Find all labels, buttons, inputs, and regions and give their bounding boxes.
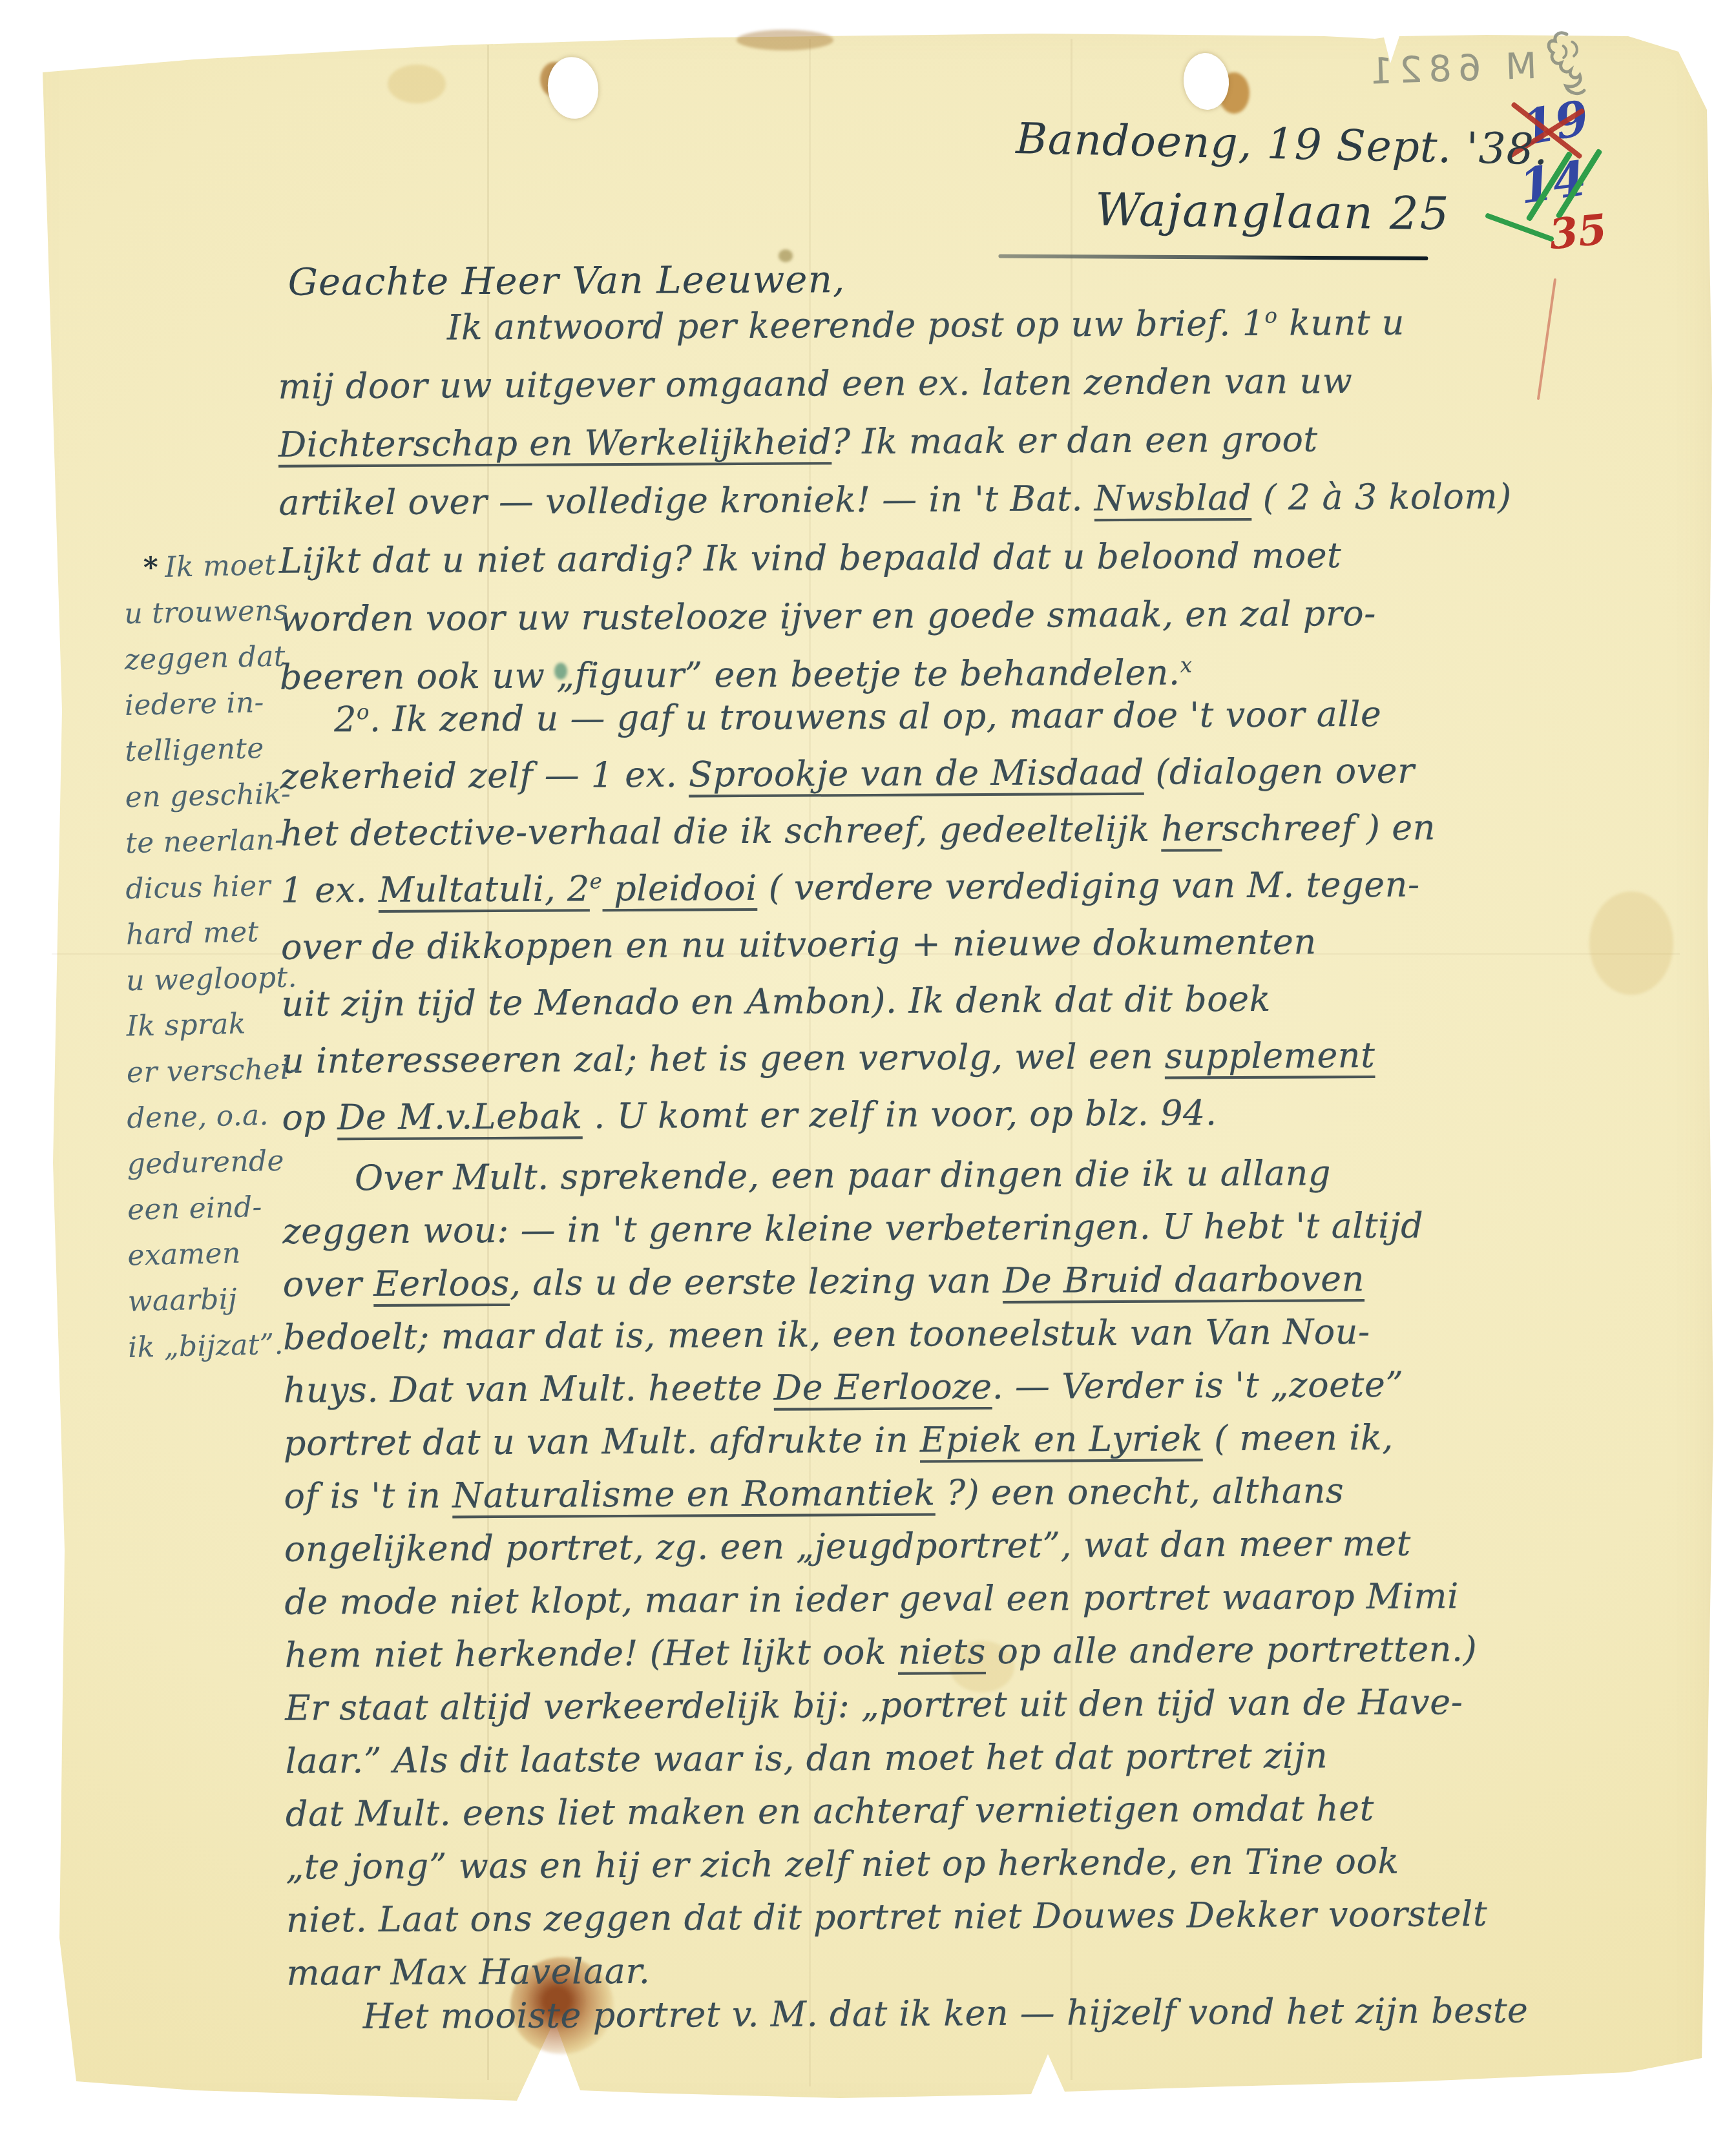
salutation: Geachte Heer Van Leeuwen, — [288, 257, 845, 304]
letter-line: Over Mult. sprekende, een paar dingen di… — [355, 1152, 1331, 1198]
letter-line: Het mooiste portret v. M. dat ik ken — h… — [362, 1990, 1528, 2037]
scanned-letter-page: { "stamp": { "text": "M 6821" }, "correc… — [0, 0, 1736, 2142]
letter-line: Lijkt dat u niet aardig? Ik vind bepaald… — [279, 535, 1342, 581]
letter-line: artikel over — volledige kroniek! — in '… — [278, 476, 1512, 523]
margin-note-line: u trouwens — [124, 594, 289, 630]
margin-note-line: Ik sprak — [126, 1007, 246, 1043]
letter-line: huys. Dat van Mult. heette De Eerlooze. … — [283, 1364, 1403, 1411]
letter-line: het detective-verhaal die ik schreef, ge… — [280, 807, 1436, 853]
underlined-title: De Bruid daarboven — [1003, 1258, 1365, 1301]
underlined-title: Nwsblad — [1094, 477, 1252, 519]
margin-note-line: zeggen dat — [124, 640, 286, 677]
letter-line: Er staat altijd verkeerdelijk bij: „port… — [285, 1681, 1463, 1729]
margin-note-line: waarbij — [127, 1283, 237, 1318]
underlined-title: supplement — [1165, 1035, 1375, 1077]
margin-note-line: u wegloopt. — [126, 961, 297, 997]
margin-note-line: ik „bijzat”. — [128, 1328, 284, 1364]
margin-note-line: hard met — [125, 915, 259, 951]
letter-line: dat Mult. eens liet maken en achteraf ve… — [286, 1788, 1374, 1835]
letter-line: niet. Laat ons zeggen dat dit portret ni… — [286, 1893, 1487, 1940]
margin-note-line: een eind- — [127, 1191, 263, 1227]
margin-note-line: te neerlan- — [125, 824, 285, 860]
letter-line: over Eerloos, als u de eerste lezing van… — [283, 1258, 1365, 1305]
underlined-title: De M.v.Lebak — [337, 1096, 583, 1138]
underlined-title: niets — [898, 1631, 986, 1672]
address-underline — [998, 254, 1428, 260]
letter-line: zekerheid zelf — 1 ex. Sprookje van de M… — [280, 751, 1414, 797]
place-date: Bandoeng, 19 Sept. '38. — [1016, 114, 1549, 174]
letter-line: maar Max Havelaar. — [286, 1951, 650, 1993]
address-line: Wajanglaan 25 — [1095, 183, 1450, 240]
letter-line: of is 't in Naturalisme en Romantiek ?) … — [284, 1470, 1344, 1517]
letter-line: 2o. Ik zend u — gaf u trouwens al op, ma… — [334, 694, 1381, 740]
letter-line: mij door uw uitgever omgaand een ex. lat… — [278, 360, 1352, 407]
letter-line: uit zijn tijd te Menado en Ambon). Ik de… — [281, 979, 1271, 1024]
letter-line: op De M.v.Lebak . U komt er zelf in voor… — [282, 1092, 1217, 1138]
margin-note-line: en geschik- — [125, 777, 291, 814]
letter-line: beeren ook uw „figuur” een beetje te beh… — [280, 652, 1193, 697]
letter-line: Dichterschap en Werkelijkheid? Ik maak e… — [278, 419, 1318, 464]
letter-body: Ik antwoord per keerende post op uw brie… — [0, 0, 1730, 5]
margin-note-line: gedurende — [127, 1145, 284, 1181]
letter-line: over de dikkoppen en nu uitvoerig + nieu… — [281, 921, 1317, 967]
underlined-title: Multatuli, 2 — [379, 868, 590, 910]
margin-note-line: iedere in- — [124, 686, 264, 722]
letter-line: Ik antwoord per keerende post op uw brie… — [447, 302, 1405, 348]
margin-note-line: dicus hier — [125, 869, 271, 906]
underlined-title: Dichterschap en Werkelijkheid — [278, 421, 832, 464]
handwriting-layer: Bandoeng, 19 Sept. '38. Wajanglaan 25 Ge… — [0, 0, 1736, 2142]
margin-note-line: er verschei- — [126, 1052, 299, 1089]
margin-note-line: examen — [127, 1237, 241, 1273]
underlined-title: De Eerlooze — [774, 1366, 992, 1408]
letter-line: 1 ex. Multatuli, 2e pleidooi ( verdere v… — [280, 864, 1419, 911]
footnote-asterisk: * — [143, 551, 158, 585]
letter-line: bedoelt; maar dat is, meen ik, een toone… — [283, 1311, 1370, 1358]
underlined-title: Naturalisme en Romantiek — [452, 1472, 936, 1515]
letter-line: „te jong” was en hij er zich zelf niet o… — [286, 1841, 1399, 1887]
margin-note-line: *Ik moet — [143, 548, 276, 585]
letter-line: de mode niet klopt, maar in ieder geval … — [284, 1575, 1459, 1623]
letter-line: laar.” Als dit laatste waar is, dan moet… — [285, 1735, 1328, 1781]
underlined-title: Sprookje van de Misdaad — [689, 752, 1144, 795]
underlined-title: pleidooi — [602, 868, 757, 909]
letter-line: u interesseeren zal; het is geen vervolg… — [282, 1035, 1375, 1081]
letter-line: zeggen wou: — in 't genre kleine verbete… — [282, 1205, 1423, 1252]
letter-line: portret dat u van Mult. afdrukte in Epie… — [284, 1417, 1394, 1464]
margin-note-line: telligente — [125, 732, 264, 768]
margin-note: *Ik moetu trouwenszeggen datiedere in-te… — [0, 0, 1730, 5]
letter-line: worden voor uw rustelooze ijver en goede… — [279, 593, 1376, 639]
underlined-title: her — [1161, 808, 1222, 849]
underlined-title: Epiek en Lyriek — [920, 1418, 1203, 1460]
margin-note-line: dene, o.a. — [127, 1099, 269, 1135]
underlined-title: Eerloos — [373, 1263, 510, 1304]
letter-line: ongelijkend portret, zg. een „jeugdportr… — [284, 1523, 1411, 1570]
letter-line: hem niet herkende! (Het lijkt ook niets … — [285, 1628, 1478, 1676]
